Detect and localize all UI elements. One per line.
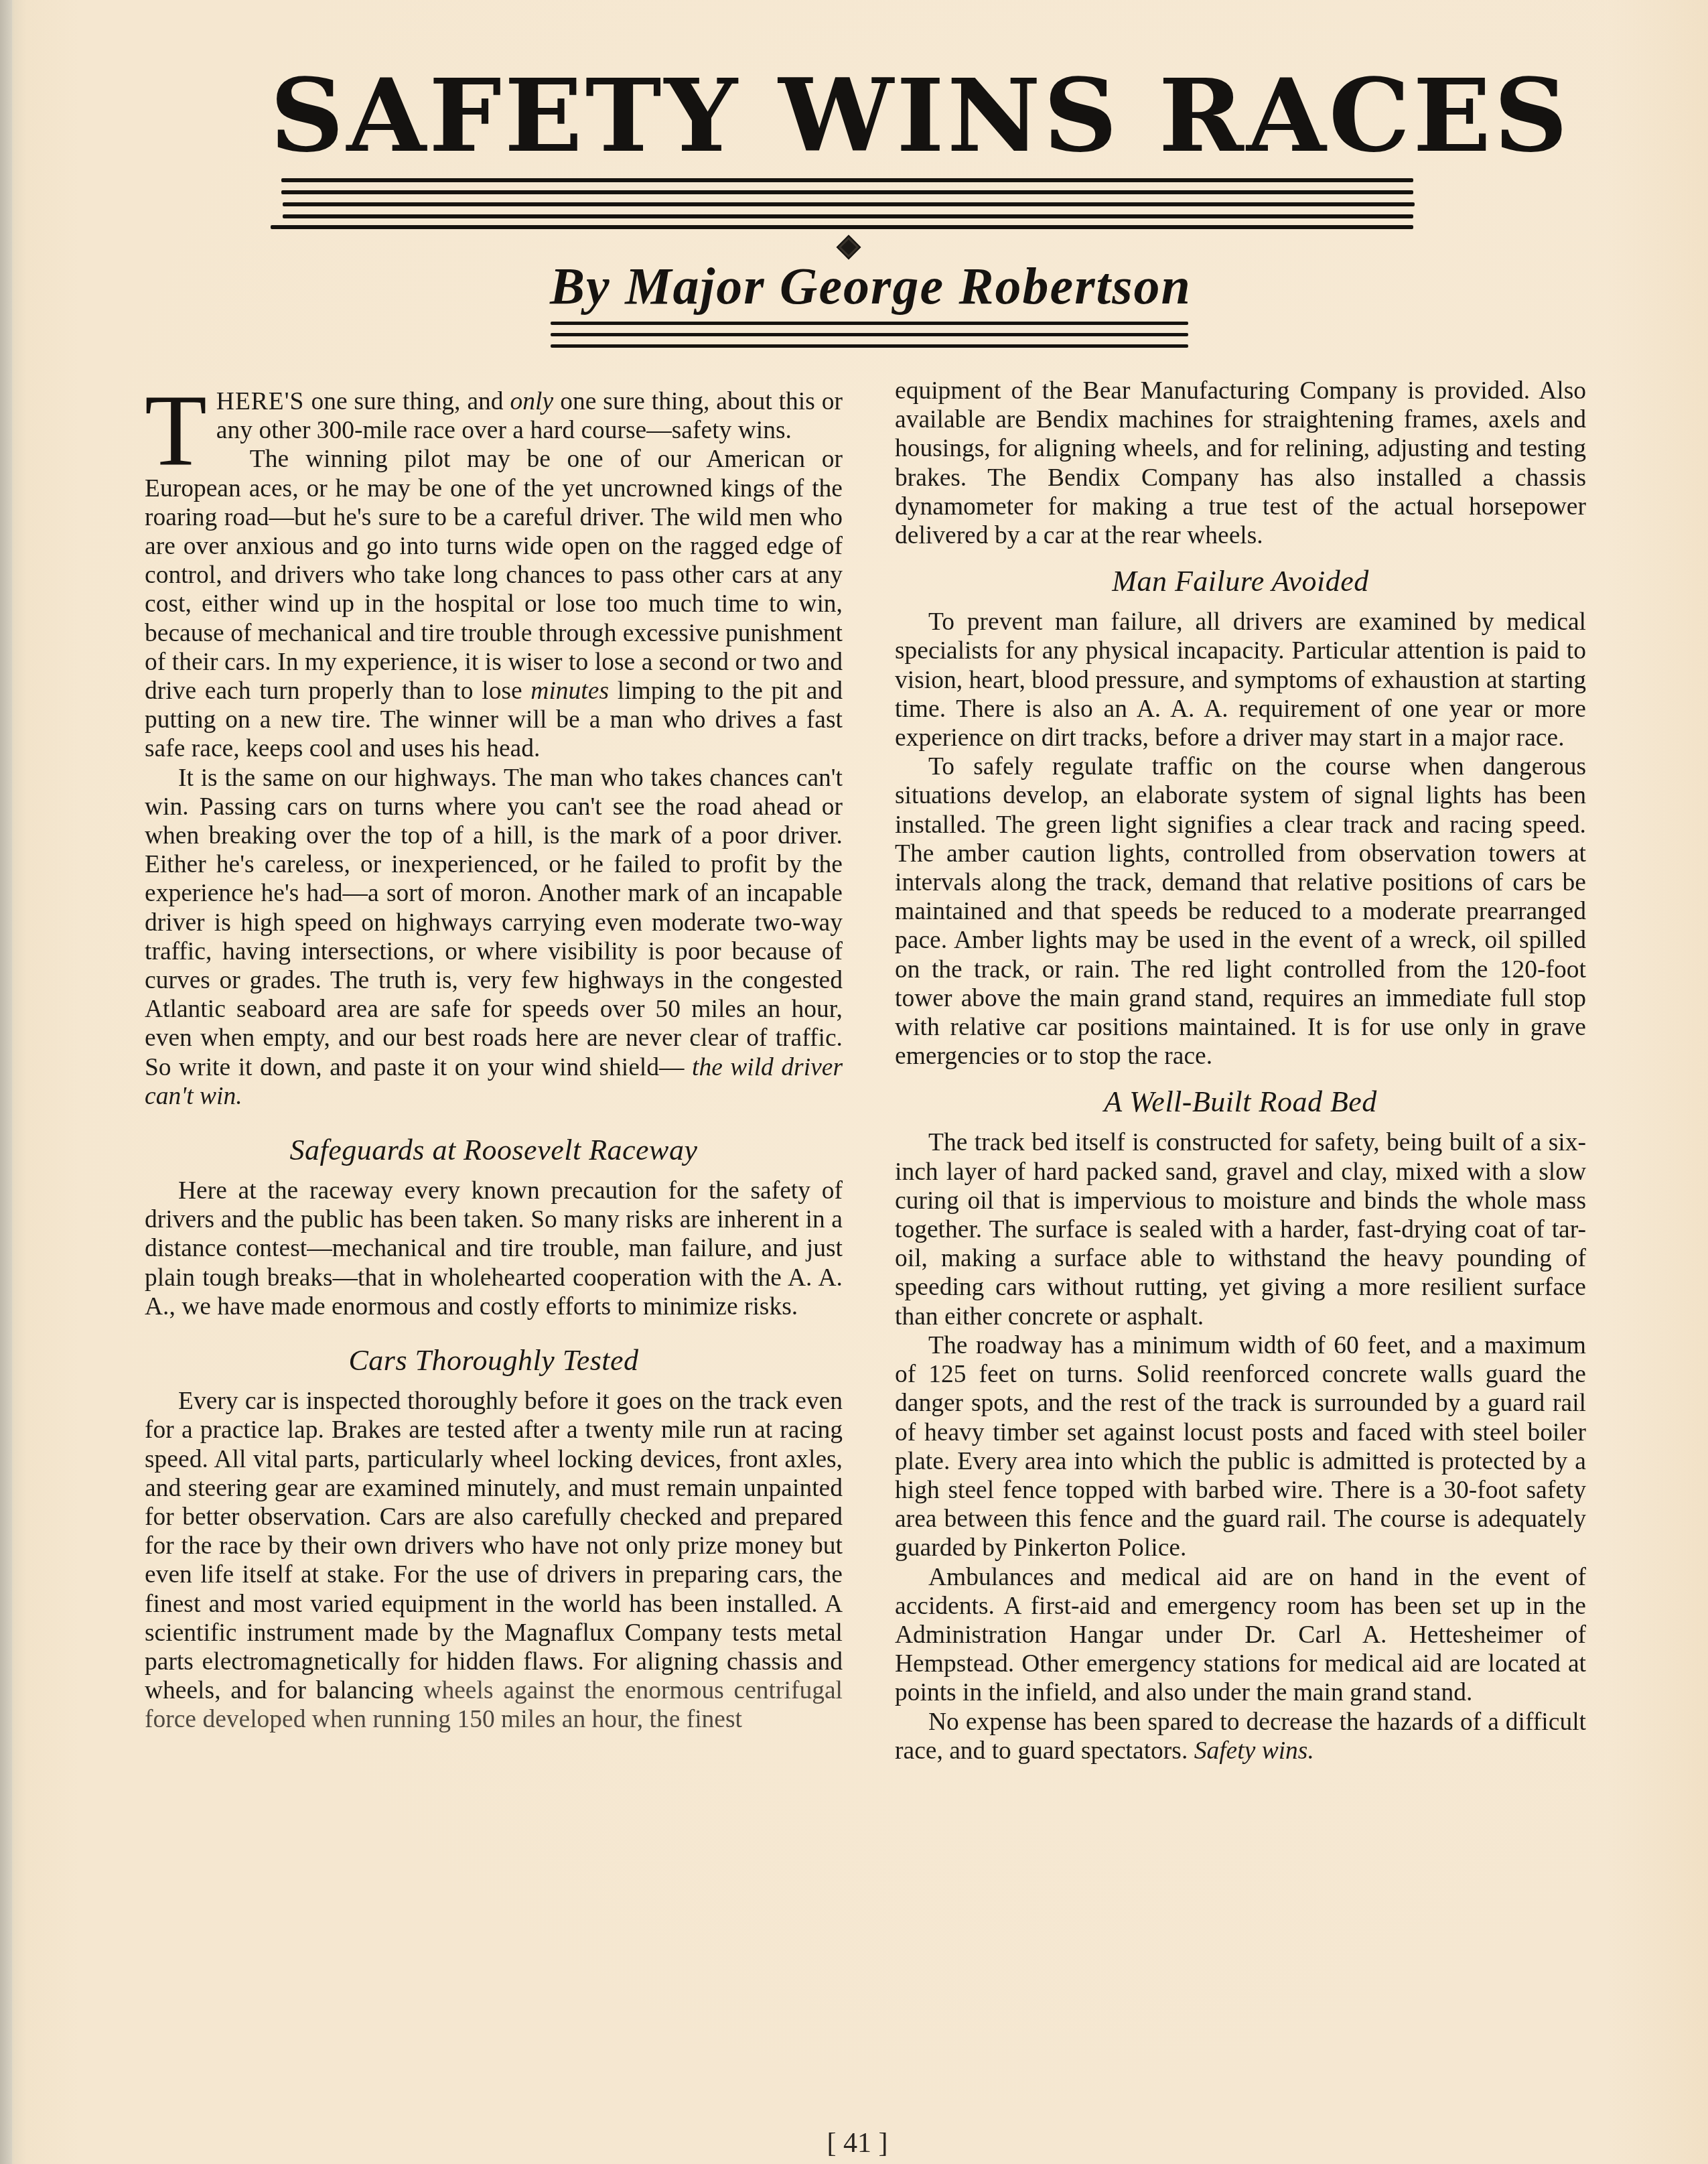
title-rule [271, 225, 1413, 229]
body-paragraph: The roadway has a minimum width of 60 fe… [895, 1331, 1586, 1563]
body-paragraph: It is the same on our highways. The man … [145, 764, 843, 1111]
body-paragraph: To safely regulate traffic on the course… [895, 752, 1586, 1071]
body-paragraph: The winning pilot may be one of our Amer… [145, 445, 843, 763]
emphasis: Safety wins. [1194, 1737, 1314, 1765]
title-rule [281, 190, 1413, 194]
body-paragraph: Here at the raceway every known precauti… [145, 1176, 843, 1321]
binding-edge [0, 0, 12, 2164]
emphasis: only [510, 388, 554, 415]
right-column: equipment of the Bear Manufacturing Comp… [895, 377, 1586, 1765]
title-rule [281, 178, 1413, 182]
body-paragraph: The track bed itself is constructed for … [895, 1128, 1586, 1331]
body-paragraph: Ambulances and medical aid are on hand i… [895, 1563, 1586, 1708]
body-paragraph: Every car is inspected thoroughly before… [145, 1387, 843, 1734]
emphasis: minutes [530, 677, 609, 705]
body-paragraph: equipment of the Bear Manufacturing Comp… [895, 377, 1586, 550]
left-column: THERE'S one sure thing, and only one sur… [145, 387, 843, 1735]
byline-rule [551, 344, 1188, 348]
title-rule [283, 202, 1415, 206]
byline-rule [551, 322, 1188, 325]
article-title: SAFETY WINS RACES [270, 59, 1431, 173]
lead-caps: HERE'S [216, 388, 305, 415]
section-heading: Safeguards at Roosevelt Raceway [145, 1134, 843, 1167]
intro-paragraph: THERE'S one sure thing, and only one sur… [145, 387, 843, 445]
section-heading: Man Failure Avoided [895, 565, 1586, 598]
section-heading: Cars Thoroughly Tested [145, 1344, 843, 1377]
closing-paragraph: No expense has been spared to decrease t… [895, 1708, 1586, 1765]
page-number: [ 41 ] [817, 2122, 898, 2164]
section-heading: A Well-Built Road Bed [895, 1085, 1586, 1119]
byline-rule [551, 333, 1188, 336]
title-rule [283, 214, 1413, 218]
body-paragraph: To prevent man failure, all drivers are … [895, 608, 1586, 752]
drop-cap: T [145, 391, 207, 470]
byline: By Major George Robertson [469, 256, 1273, 316]
